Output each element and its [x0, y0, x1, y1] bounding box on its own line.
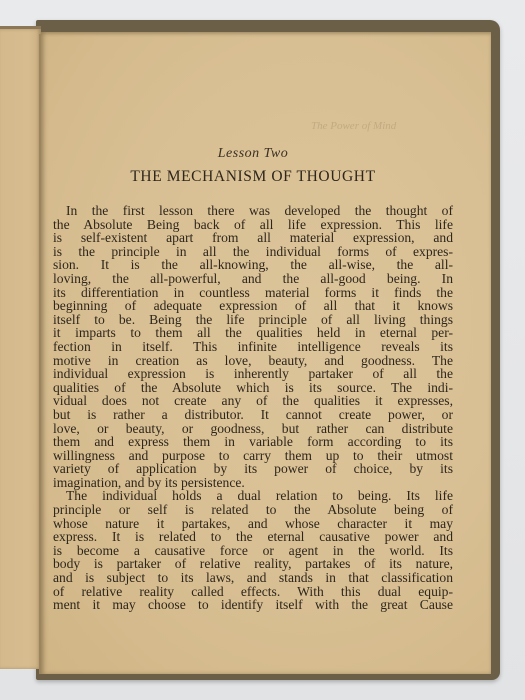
text-line: willingness and purpose to carry them up… — [53, 449, 453, 463]
text-line: express. It is related to the eternal ca… — [53, 530, 453, 544]
bleed-through-text: The Power of Mind — [311, 120, 396, 132]
text-line: ment it may choose to identify itself wi… — [53, 598, 453, 612]
text-line: vidual does not create any of the qualit… — [53, 394, 453, 408]
text-line: loving, the all-powerful, and the all-go… — [53, 272, 453, 286]
book-gutter — [39, 34, 41, 674]
text-line: fection in itself. This infinite intelli… — [53, 340, 453, 354]
text-line: of relative reality called effects. With… — [53, 585, 453, 599]
lesson-label: Lesson Two — [53, 146, 453, 162]
text-line: but is rather a distributor. It cannot c… — [53, 408, 453, 422]
text-line: them and express them in variable form a… — [53, 435, 453, 449]
text-line: body is partaker of relative reality, pa… — [53, 557, 453, 571]
text-line: is become a causative force or agent in … — [53, 544, 453, 558]
text-line: variety of application by its power of c… — [53, 462, 453, 476]
text-line: is the principle in all the individual f… — [53, 245, 453, 259]
paragraph-1: In the first lesson there was developed … — [53, 204, 453, 489]
page-content: Lesson Two THE MECHANISM OF THOUGHT In t… — [53, 146, 453, 612]
text-line: principle or self is related to the Abso… — [53, 503, 453, 517]
text-line: The individual holds a dual relation to … — [53, 489, 453, 503]
text-line: beginning of adequate expression of all … — [53, 299, 453, 313]
text-line: love, or beauty, or goodness, but rather… — [53, 422, 453, 436]
text-line: the Absolute Being back of all life expr… — [53, 218, 453, 232]
text-line: itself to be. Being the life principle o… — [53, 313, 453, 327]
text-line: is self-existent apart from all material… — [53, 231, 453, 245]
text-line: sion. It is the all-knowing, the all-wis… — [53, 258, 453, 272]
text-line: imagination, and by its persistence. — [53, 476, 453, 490]
text-line: its differentiation in countless materia… — [53, 286, 453, 300]
chapter-title: THE MECHANISM OF THOUGHT — [53, 168, 453, 186]
paragraph-2: The individual holds a dual relation to … — [53, 489, 453, 611]
text-line: it imparts to them all the qualities hel… — [53, 326, 453, 340]
previous-page-edge — [0, 26, 41, 669]
text-line: motive in creation as love, beauty, and … — [53, 354, 453, 368]
text-line: whose nature it partakes, and whose char… — [53, 517, 453, 531]
text-line: In the first lesson there was developed … — [53, 204, 453, 218]
text-line: individual expression is inherently part… — [53, 367, 453, 381]
text-line: and is subject to its laws, and stands i… — [53, 571, 453, 585]
text-line: qualities of the Absolute which is its s… — [53, 381, 453, 395]
